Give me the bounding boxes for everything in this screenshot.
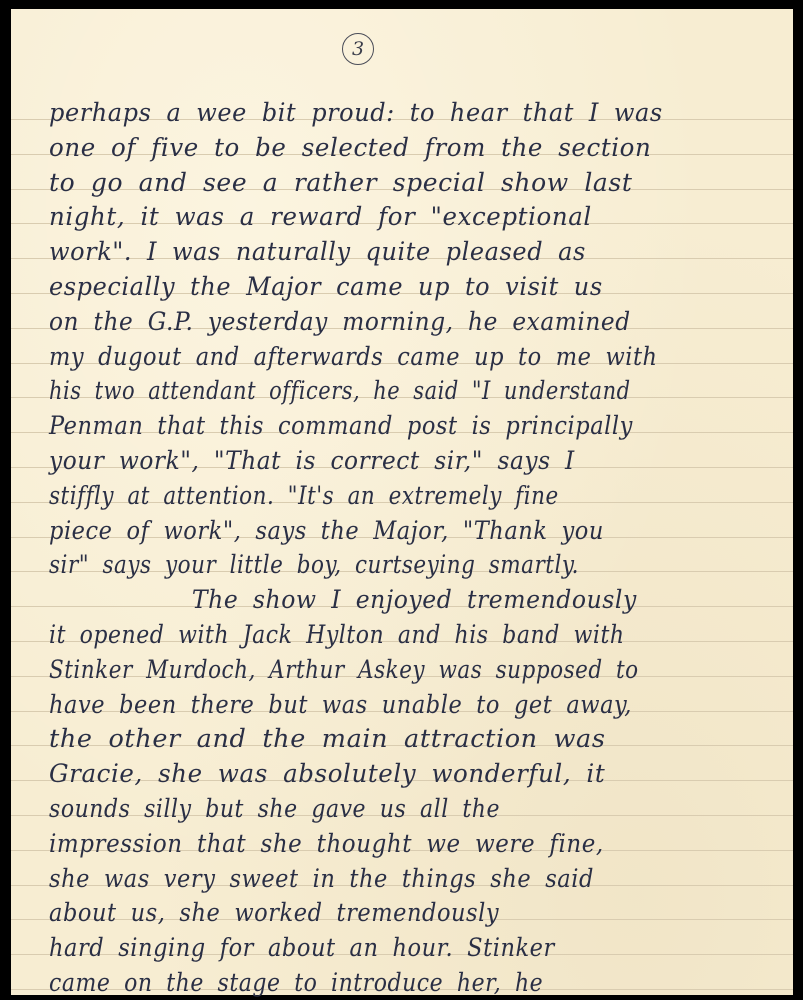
- text-line: on the G.P. yesterday morning, he examin…: [49, 305, 737, 340]
- text-line: impression that she thought we were fine…: [49, 827, 730, 862]
- text-line: she was very sweet in the things she sai…: [49, 862, 715, 897]
- text-line: Gracie, she was absolutely wonderful, it: [49, 757, 774, 792]
- page-number-circled: 3: [342, 33, 374, 65]
- text-line-indented: The show I enjoyed tremendously: [49, 583, 745, 618]
- text-line: stiffly at attention. "It's an extremely…: [49, 479, 685, 514]
- text-line: came on the stage to introduce her, he: [49, 966, 700, 1000]
- text-line: have been there but was unable to get aw…: [49, 688, 715, 723]
- text-line: to go and see a rather special show last: [49, 166, 789, 201]
- text-line: his two attendant officers, he said "I u…: [49, 374, 671, 409]
- text-line: work". I was naturally quite pleased as: [49, 235, 759, 270]
- text-line: one of five to be selected from the sect…: [49, 131, 774, 166]
- text-line: sounds silly but she gave us all the: [49, 792, 700, 827]
- text-line: my dugout and afterwards came up to me w…: [49, 340, 715, 375]
- handwritten-text: perhaps a wee bit proud: to hear that I …: [49, 96, 789, 1000]
- letter-page: 3 perhaps a wee bit proud: to hear that …: [11, 9, 793, 995]
- text-line: the other and the main attraction was: [49, 722, 803, 757]
- text-line: hard singing for about an hour. Stinker: [49, 931, 715, 966]
- text-line: about us, she worked tremendously: [49, 896, 715, 931]
- text-line: Stinker Murdoch, Arthur Askey was suppos…: [49, 653, 685, 688]
- text-line: night, it was a reward for "exceptional: [49, 200, 774, 235]
- text-line: perhaps a wee bit proud: to hear that I …: [49, 96, 759, 131]
- text-line: piece of work", says the Major, "Thank y…: [49, 514, 715, 549]
- text-line: your work", "That is correct sir," says …: [49, 444, 737, 479]
- text-line: especially the Major came up to visit us: [49, 270, 759, 305]
- text-line: sir" says your little boy, curtseying sm…: [49, 548, 685, 583]
- text-line: Penman that this command post is princip…: [49, 409, 715, 444]
- text-line: it opened with Jack Hylton and his band …: [49, 618, 700, 653]
